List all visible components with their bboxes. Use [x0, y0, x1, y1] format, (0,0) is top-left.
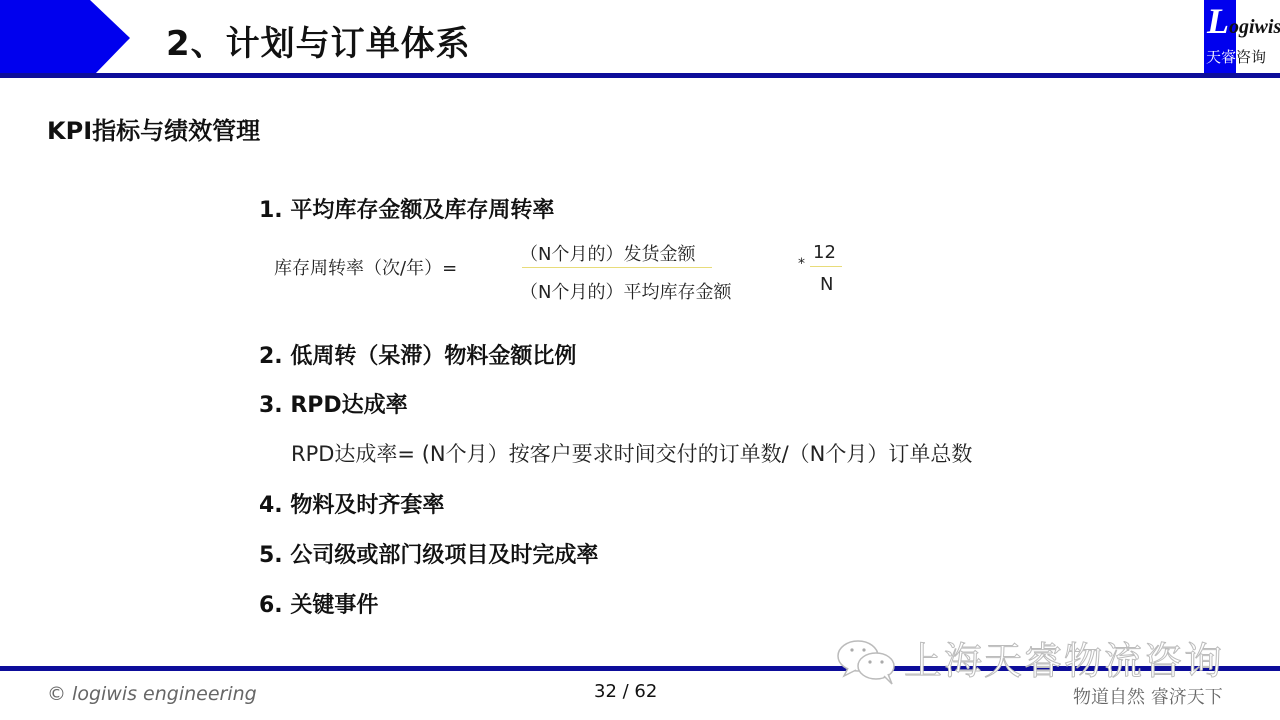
multiply-sign: *	[798, 256, 805, 272]
slide-title: 2、计划与订单体系	[166, 16, 471, 65]
rpd-formula: RPD达成率= (N个月）按客户要求时间交付的订单数/（N个月）订单总数	[291, 438, 972, 468]
page-number: 32 / 62	[594, 681, 657, 702]
kpi-item-4: 4. 物料及时齐套率	[259, 488, 444, 519]
turnover-formula-denominator: （N个月的）平均库存金额	[520, 278, 731, 304]
logo: Logiwis	[1207, 0, 1280, 42]
logo-cn-dark: 咨询	[1236, 48, 1266, 66]
kpi-item-6: 6. 关键事件	[259, 588, 378, 619]
copyright: © logiwis engineering	[47, 683, 257, 705]
kpi-item-3: 3. RPD达成率	[259, 388, 408, 419]
header-arrow-shape	[0, 0, 140, 76]
section-title: KPI指标与绩效管理	[47, 111, 260, 146]
factor-numerator: 12	[813, 242, 836, 263]
turnover-formula-numerator: （N个月的）发货金额	[520, 240, 695, 266]
factor-fraction-bar	[810, 266, 842, 267]
logo-chinese: 天睿咨询	[1206, 46, 1266, 67]
turnover-formula-lhs: 库存周转率（次/年）=	[274, 254, 457, 280]
logo-letter: L	[1207, 1, 1229, 41]
logo-cn-light: 天睿	[1206, 48, 1236, 66]
header-divider	[0, 73, 1280, 78]
kpi-item-5: 5. 公司级或部门级项目及时完成率	[259, 538, 598, 569]
kpi-item-1: 1. 平均库存金额及库存周转率	[259, 193, 554, 224]
kpi-item-2: 2. 低周转（呆滞）物料金额比例	[259, 339, 576, 370]
logo-wordmark: ogiwis	[1229, 16, 1280, 38]
factor-denominator: N	[820, 274, 833, 295]
fraction-bar	[522, 267, 712, 268]
watermark: 上海天睿物流咨询	[904, 630, 1224, 685]
wechat-icon	[834, 636, 904, 686]
slogan: 物道自然 睿济天下	[1073, 683, 1223, 709]
